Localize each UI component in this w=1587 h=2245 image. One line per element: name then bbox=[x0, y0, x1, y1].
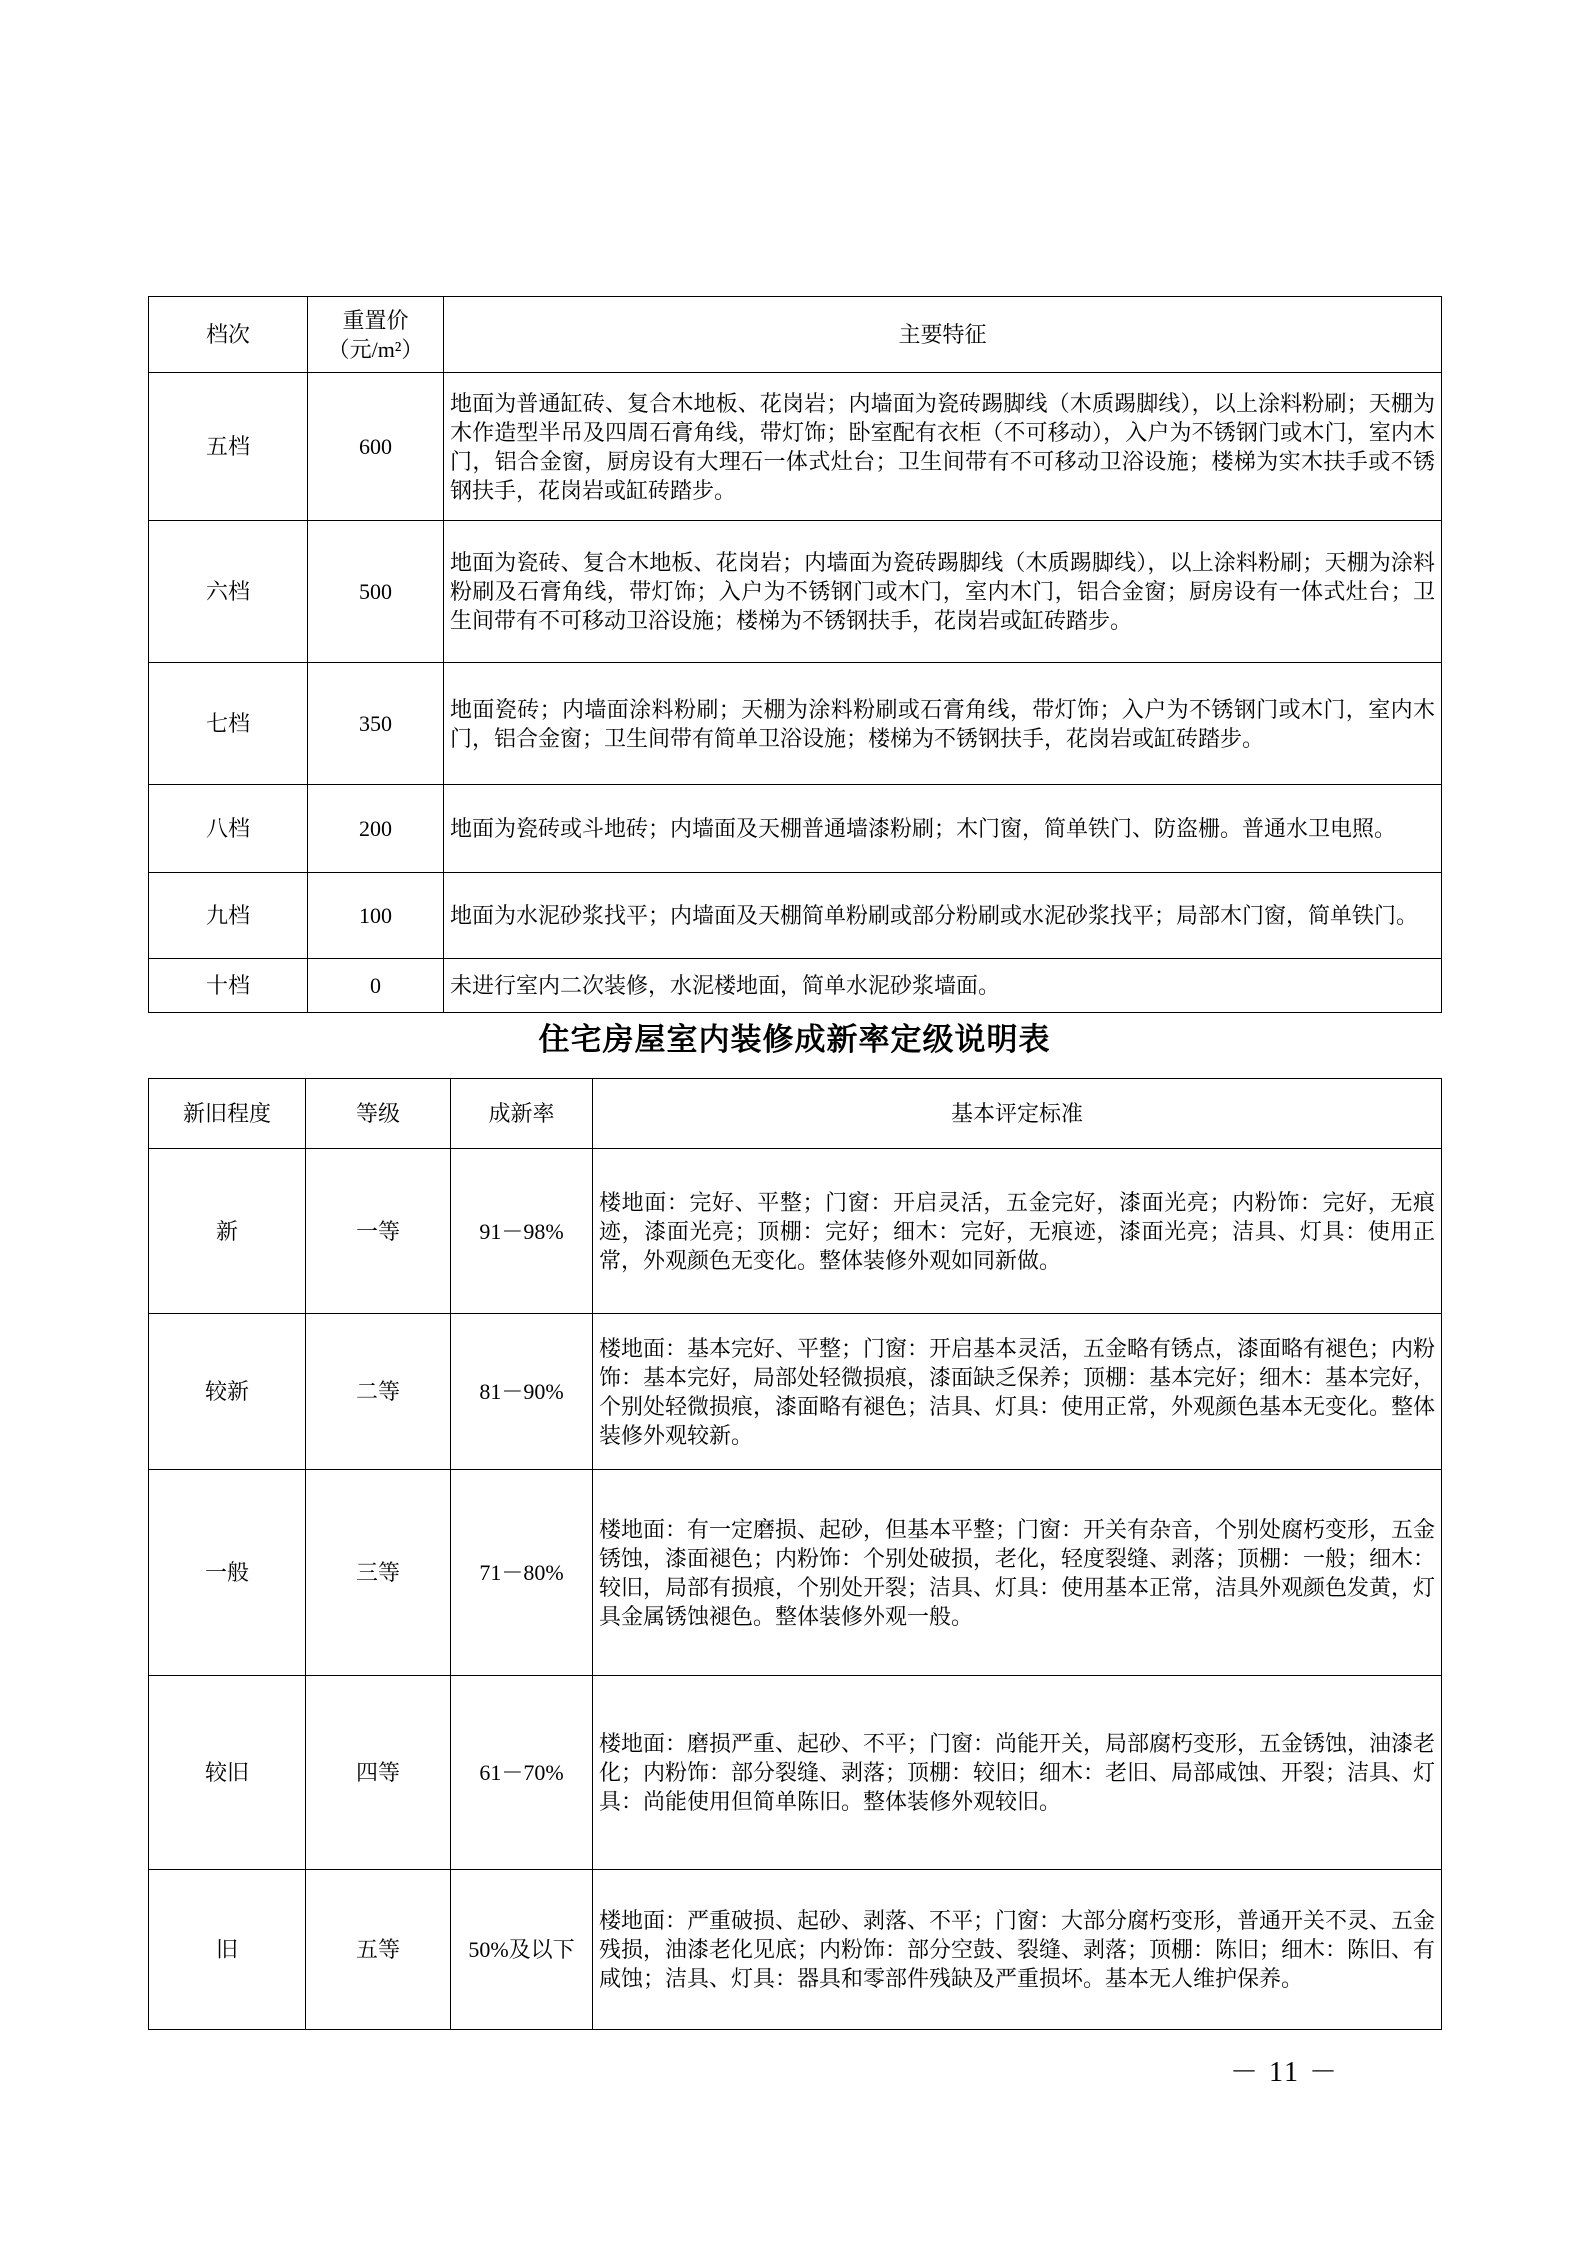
table-row: 新 一等 91－98% 楼地面：完好、平整；门窗：开启灵活，五金完好，漆面光亮；… bbox=[149, 1149, 1442, 1314]
table-header-row: 档次 重置价 （元/m²） 主要特征 bbox=[149, 297, 1442, 373]
table-row: 八档 200 地面为瓷砖或斗地砖；内墙面及天棚普通墙漆粉刷；木门窗，简单铁门、防… bbox=[149, 785, 1442, 873]
grade-cell: 八档 bbox=[149, 785, 308, 873]
table-row: 旧 五等 50%及以下 楼地面：严重破损、起砂、剥落、不平；门窗：大部分腐朽变形… bbox=[149, 1870, 1442, 2030]
features-column-header: 主要特征 bbox=[444, 297, 1442, 373]
renovation-condition-rating-table: 新旧程度 等级 成新率 基本评定标准 新 一等 91－98% 楼地面：完好、平整… bbox=[148, 1078, 1442, 2030]
rate-cell: 61－70% bbox=[451, 1676, 593, 1870]
section-title: 住宅房屋室内装修成新率定级说明表 bbox=[148, 1014, 1441, 1059]
price-column-header: 重置价 （元/m²） bbox=[308, 297, 444, 373]
condition-cell: 较新 bbox=[149, 1314, 306, 1470]
condition-cell: 较旧 bbox=[149, 1676, 306, 1870]
condition-cell: 旧 bbox=[149, 1870, 306, 2030]
table-header-row: 新旧程度 等级 成新率 基本评定标准 bbox=[149, 1079, 1442, 1149]
criteria-cell: 楼地面：有一定磨损、起砂，但基本平整；门窗：开关有杂音，个别处腐朽变形，五金锈蚀… bbox=[593, 1470, 1442, 1676]
criteria-column-header: 基本评定标准 bbox=[593, 1079, 1442, 1149]
price-cell: 600 bbox=[308, 373, 444, 521]
level-cell: 一等 bbox=[306, 1149, 451, 1314]
table-row: 十档 0 未进行室内二次装修，水泥楼地面，简单水泥砂浆墙面。 bbox=[149, 959, 1442, 1013]
condition-cell: 新 bbox=[149, 1149, 306, 1314]
table-row: 九档 100 地面为水泥砂浆找平；内墙面及天棚简单粉刷或部分粉刷或水泥砂浆找平；… bbox=[149, 873, 1442, 959]
criteria-cell: 楼地面：磨损严重、起砂、不平；门窗：尚能开关，局部腐朽变形，五金锈蚀，油漆老化；… bbox=[593, 1676, 1442, 1870]
price-header-line2: （元/m²） bbox=[314, 335, 437, 364]
rate-cell: 71－80% bbox=[451, 1470, 593, 1676]
condition-cell: 一般 bbox=[149, 1470, 306, 1676]
table-row: 七档 350 地面瓷砖；内墙面涂料粉刷；天棚为涂料粉刷或石膏角线，带灯饰；入户为… bbox=[149, 663, 1442, 785]
grade-cell: 七档 bbox=[149, 663, 308, 785]
table-row: 五档 600 地面为普通缸砖、复合木地板、花岗岩；内墙面为瓷砖踢脚线（木质踢脚线… bbox=[149, 373, 1442, 521]
price-cell: 500 bbox=[308, 521, 444, 663]
grade-cell: 六档 bbox=[149, 521, 308, 663]
level-cell: 二等 bbox=[306, 1314, 451, 1470]
criteria-cell: 楼地面：基本完好、平整；门窗：开启基本灵活，五金略有锈点，漆面略有褪色；内粉饰：… bbox=[593, 1314, 1442, 1470]
price-cell: 100 bbox=[308, 873, 444, 959]
level-cell: 三等 bbox=[306, 1470, 451, 1676]
table-row: 六档 500 地面为瓷砖、复合木地板、花岗岩；内墙面为瓷砖踢脚线（木质踢脚线），… bbox=[149, 521, 1442, 663]
features-cell: 未进行室内二次装修，水泥楼地面，简单水泥砂浆墙面。 bbox=[444, 959, 1442, 1013]
rate-cell: 50%及以下 bbox=[451, 1870, 593, 2030]
price-cell: 0 bbox=[308, 959, 444, 1013]
features-cell: 地面为水泥砂浆找平；内墙面及天棚简单粉刷或部分粉刷或水泥砂浆找平；局部木门窗，简… bbox=[444, 873, 1442, 959]
criteria-cell: 楼地面：严重破损、起砂、剥落、不平；门窗：大部分腐朽变形，普通开关不灵、五金残损… bbox=[593, 1870, 1442, 2030]
grade-cell: 五档 bbox=[149, 373, 308, 521]
price-cell: 350 bbox=[308, 663, 444, 785]
grade-cell: 十档 bbox=[149, 959, 308, 1013]
level-cell: 五等 bbox=[306, 1870, 451, 2030]
price-header-line1: 重置价 bbox=[314, 306, 437, 335]
features-cell: 地面为瓷砖或斗地砖；内墙面及天棚普通墙漆粉刷；木门窗，简单铁门、防盗栅。普通水卫… bbox=[444, 785, 1442, 873]
rate-cell: 91－98% bbox=[451, 1149, 593, 1314]
rate-cell: 81－90% bbox=[451, 1314, 593, 1470]
grade-cell: 九档 bbox=[149, 873, 308, 959]
page-number: － 11 － bbox=[1230, 2050, 1339, 2090]
features-cell: 地面瓷砖；内墙面涂料粉刷；天棚为涂料粉刷或石膏角线，带灯饰；入户为不锈钢门或木门… bbox=[444, 663, 1442, 785]
table-row: 一般 三等 71－80% 楼地面：有一定磨损、起砂，但基本平整；门窗：开关有杂音… bbox=[149, 1470, 1442, 1676]
level-column-header: 等级 bbox=[306, 1079, 451, 1149]
rate-column-header: 成新率 bbox=[451, 1079, 593, 1149]
table-row: 较旧 四等 61－70% 楼地面：磨损严重、起砂、不平；门窗：尚能开关，局部腐朽… bbox=[149, 1676, 1442, 1870]
price-cell: 200 bbox=[308, 785, 444, 873]
table-row: 较新 二等 81－90% 楼地面：基本完好、平整；门窗：开启基本灵活，五金略有锈… bbox=[149, 1314, 1442, 1470]
criteria-cell: 楼地面：完好、平整；门窗：开启灵活，五金完好，漆面光亮；内粉饰：完好，无痕迹，漆… bbox=[593, 1149, 1442, 1314]
features-cell: 地面为普通缸砖、复合木地板、花岗岩；内墙面为瓷砖踢脚线（木质踢脚线），以上涂料粉… bbox=[444, 373, 1442, 521]
condition-column-header: 新旧程度 bbox=[149, 1079, 306, 1149]
features-cell: 地面为瓷砖、复合木地板、花岗岩；内墙面为瓷砖踢脚线（木质踢脚线），以上涂料粉刷；… bbox=[444, 521, 1442, 663]
level-cell: 四等 bbox=[306, 1676, 451, 1870]
grade-column-header: 档次 bbox=[149, 297, 308, 373]
replacement-price-table: 档次 重置价 （元/m²） 主要特征 五档 600 地面为普通缸砖、复合木地板、… bbox=[148, 296, 1442, 1013]
